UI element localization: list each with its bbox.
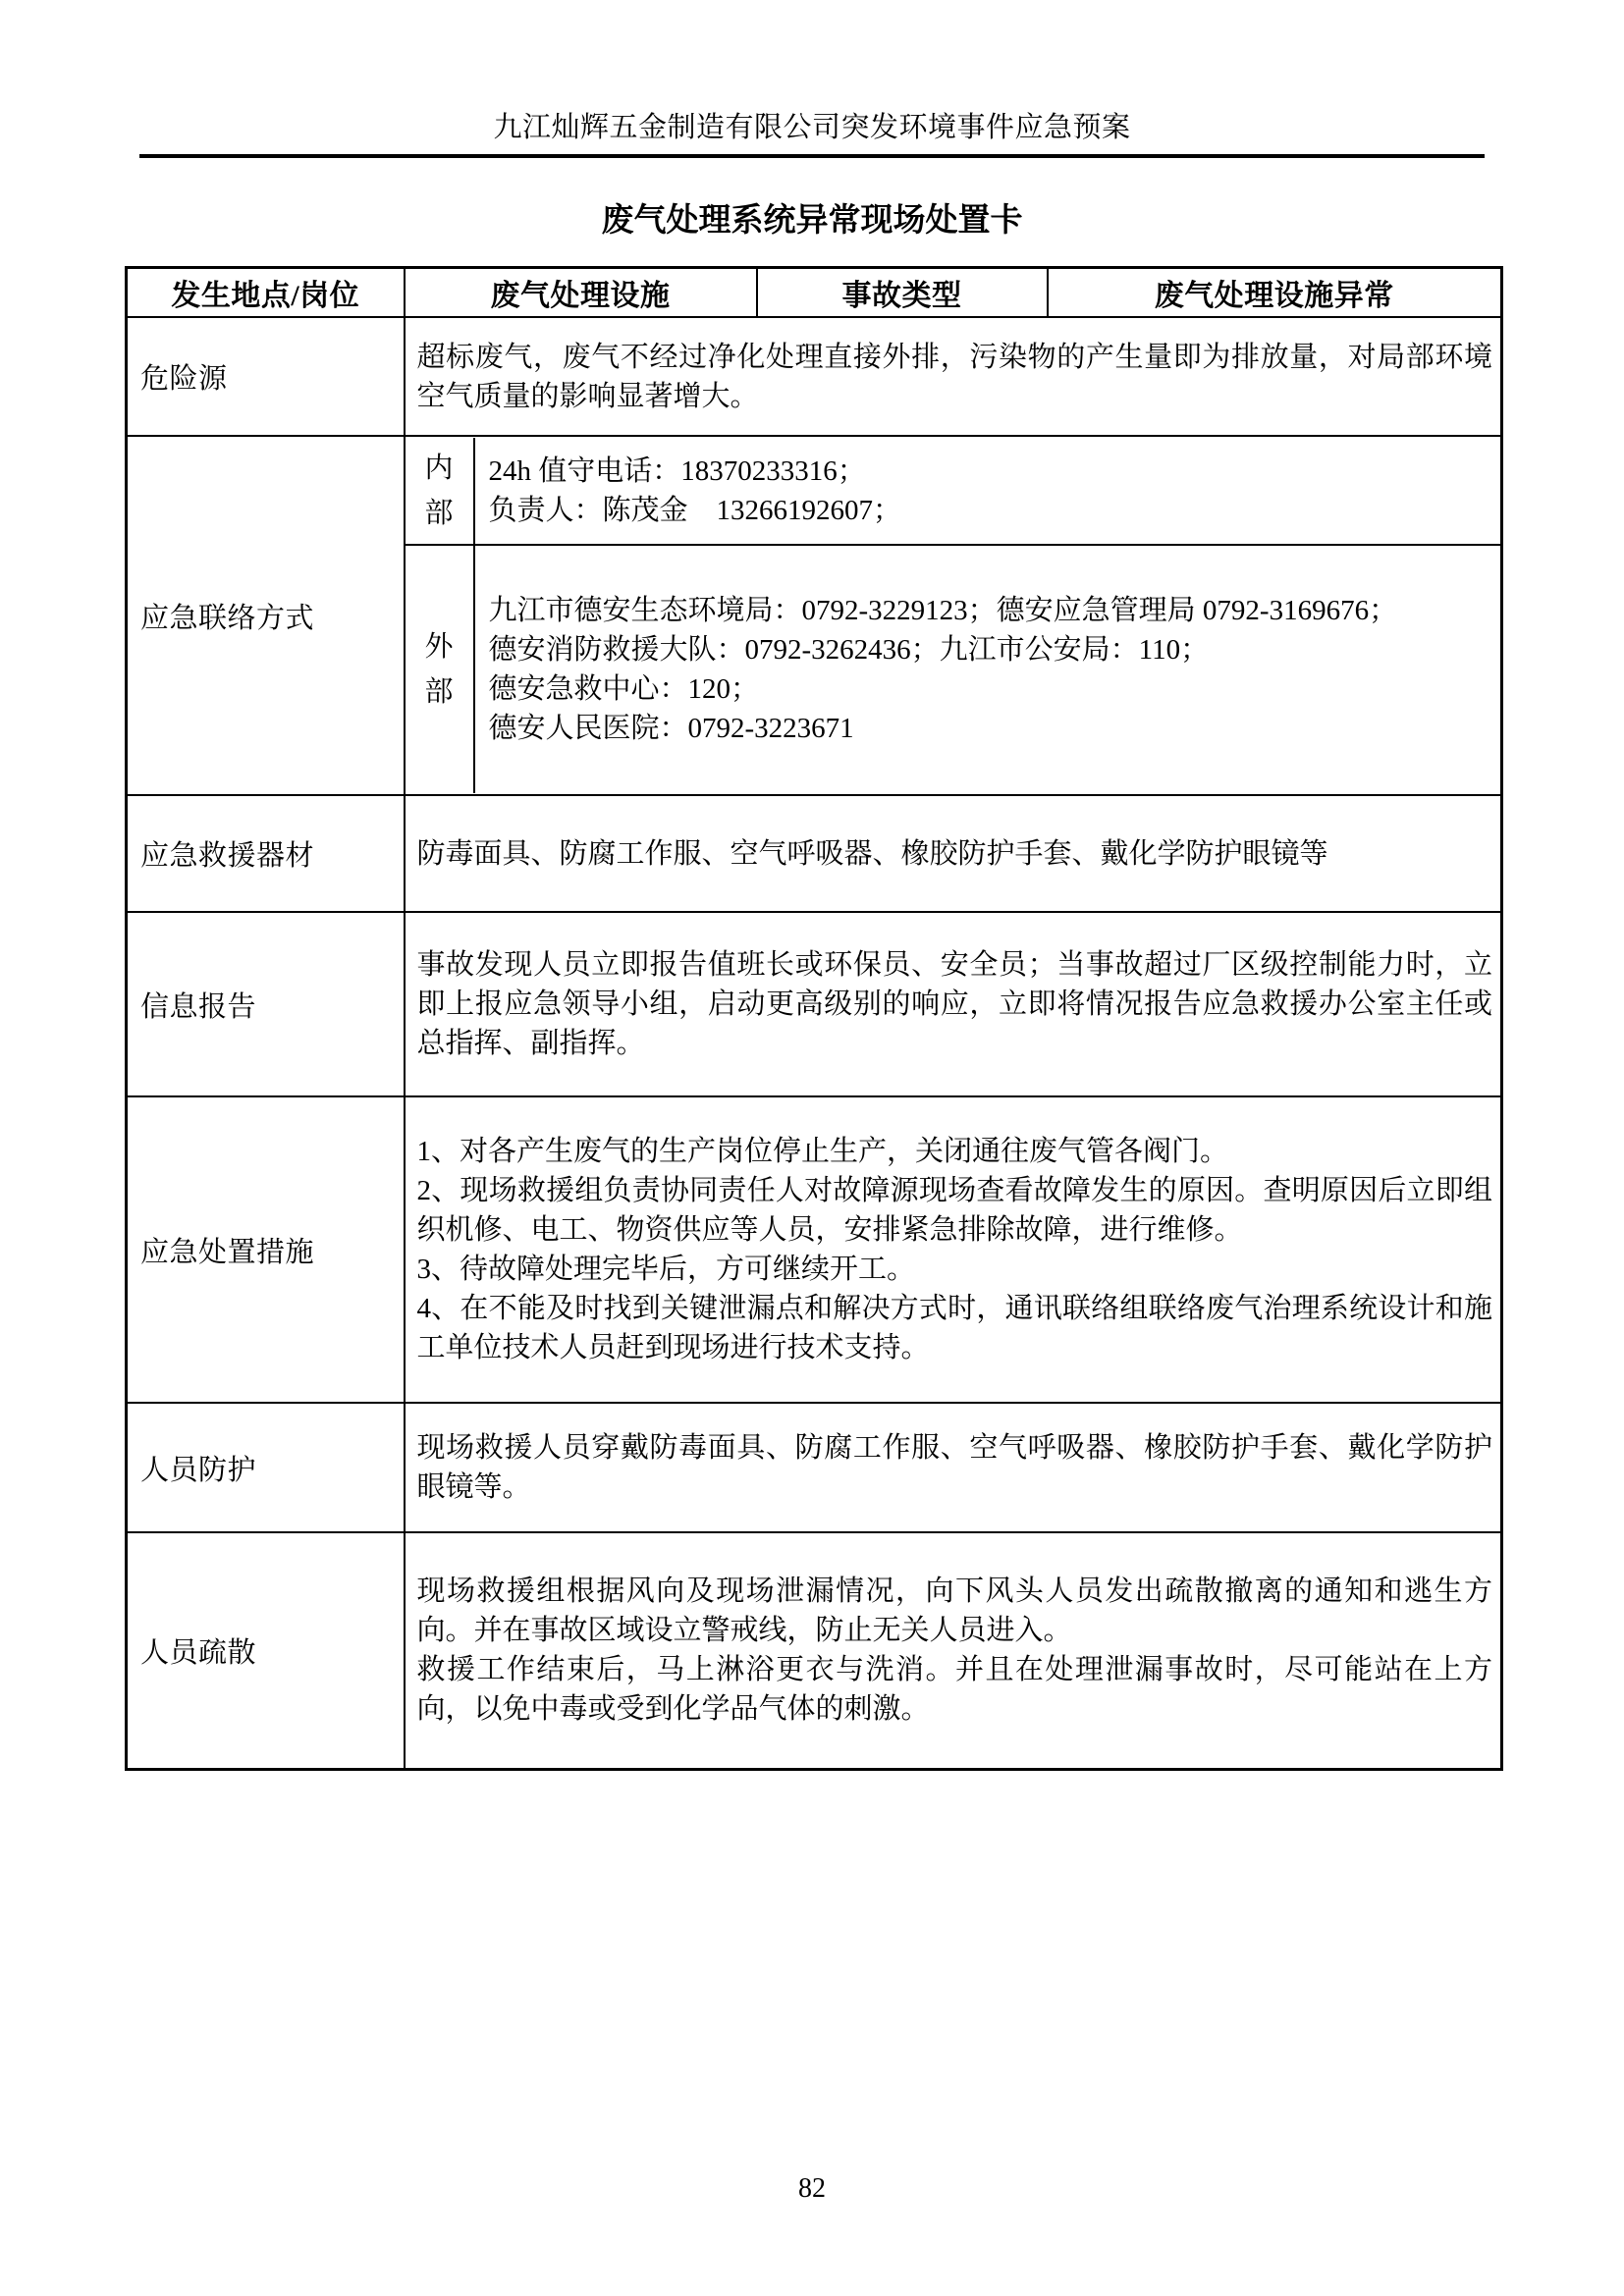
- table-row-protection: 人员防护 现场救援人员穿戴防毒面具、防腐工作服、空气呼吸器、橡胶防护手套、戴化学…: [127, 1403, 1502, 1532]
- contact-internal-label-cell: 内部: [406, 438, 475, 544]
- contact-external-row: 外部 九江市德安生态环境局：0792-3229123；德安应急管理局 0792-…: [406, 544, 1501, 793]
- evacuation-paragraph: 现场救援组根据风向及现场泄漏情况，向下风头人员发出疏散撤离的通知和逃生方向。并在…: [417, 1572, 1493, 1650]
- report-content: 事故发现人员立即报告值班长或环保员、安全员；当事故超过厂区级控制能力时，立即上报…: [405, 912, 1502, 1096]
- hazard-content: 超标废气，废气不经过净化处理直接外排，污染物的产生量即为排放量，对局部环境空气质…: [405, 317, 1502, 436]
- table-row-measures: 应急处置措施 1、对各产生废气的生产岗位停止生产，关闭通往废气管各阀门。 2、现…: [127, 1096, 1502, 1403]
- document-header-title: 九江灿辉五金制造有限公司突发环境事件应急预案: [0, 112, 1624, 143]
- report-label: 信息报告: [127, 912, 405, 1096]
- equipment-label: 应急救援器材: [127, 795, 405, 912]
- contact-external-line: 德安消防救援大队：0792-3262436；九江市公安局：110；: [489, 630, 1493, 669]
- page-title: 废气处理系统异常现场处置卡: [0, 202, 1624, 240]
- measures-label: 应急处置措施: [127, 1096, 405, 1403]
- page-number: 82: [0, 2173, 1624, 2205]
- hazard-label: 危险源: [127, 317, 405, 436]
- contact-external-line: 德安人民医院：0792-3223671: [489, 709, 1493, 748]
- contact-internal-label: 内部: [425, 446, 454, 536]
- equipment-content: 防毒面具、防腐工作服、空气呼吸器、橡胶防护手套、戴化学防护眼镜等: [405, 795, 1502, 912]
- contact-internal-lines: 24h 值守电话：18370233316； 负责人：陈茂金 1326619260…: [475, 438, 1501, 544]
- header-cell-accident-type-value: 废气处理设施异常: [1048, 268, 1502, 318]
- table-row-evacuation: 人员疏散 现场救援组根据风向及现场泄漏情况，向下风头人员发出疏散撤离的通知和逃生…: [127, 1532, 1502, 1769]
- contact-internal-line: 负责人：陈茂金 13266192607；: [489, 491, 1493, 530]
- table-row-contact: 应急联络方式 内部 24h 值守电话：18370233316； 负责人：陈茂金 …: [127, 436, 1502, 795]
- contact-content: 内部 24h 值守电话：18370233316； 负责人：陈茂金 1326619…: [405, 436, 1502, 795]
- evacuation-paragraph: 救援工作结束后，马上淋浴更衣与洗消。并且在处理泄漏事故时，尽可能站在上方向，以免…: [417, 1650, 1493, 1729]
- protection-text: 现场救援人员穿戴防毒面具、防腐工作服、空气呼吸器、橡胶防护手套、戴化学防护眼镜等…: [417, 1428, 1493, 1507]
- contact-external-label-cell: 外部: [406, 546, 475, 793]
- header-cell-accident-type-label: 事故类型: [757, 268, 1048, 318]
- contact-label: 应急联络方式: [127, 436, 405, 795]
- document-page: { "document": { "header": "九江灿辉五金制造有限公司突…: [0, 0, 1624, 2296]
- contact-external-line: 德安急救中心：120；: [489, 669, 1493, 709]
- measures-item: 2、现场救援组负责协同责任人对故障源现场查看故障发生的原因。查明原因后立即组织机…: [417, 1171, 1493, 1250]
- measures-item: 1、对各产生废气的生产岗位停止生产，关闭通往废气管各阀门。: [417, 1132, 1493, 1171]
- evacuation-label: 人员疏散: [127, 1532, 405, 1769]
- evacuation-content: 现场救援组根据风向及现场泄漏情况，向下风头人员发出疏散撤离的通知和逃生方向。并在…: [405, 1532, 1502, 1769]
- table-row-equipment: 应急救援器材 防毒面具、防腐工作服、空气呼吸器、橡胶防护手套、戴化学防护眼镜等: [127, 795, 1502, 912]
- header-divider-rule: [139, 154, 1485, 158]
- report-text: 事故发现人员立即报告值班长或环保员、安全员；当事故超过厂区级控制能力时，立即上报…: [417, 945, 1493, 1063]
- measures-item: 4、在不能及时找到关键泄漏点和解决方式时，通讯联络组联络废气治理系统设计和施工单…: [417, 1289, 1493, 1367]
- contact-external-lines: 九江市德安生态环境局：0792-3229123；德安应急管理局 0792-316…: [475, 546, 1501, 793]
- protection-label: 人员防护: [127, 1403, 405, 1532]
- contact-internal-line: 24h 值守电话：18370233316；: [489, 452, 1493, 491]
- table-header-row: 发生地点/岗位 废气处理设施 事故类型 废气处理设施异常: [127, 268, 1502, 318]
- disposal-card-table: 发生地点/岗位 废气处理设施 事故类型 废气处理设施异常 危险源 超标废气，废气…: [125, 266, 1503, 1771]
- header-cell-facility: 废气处理设施: [405, 268, 757, 318]
- measures-item: 3、待故障处理完毕后，方可继续开工。: [417, 1250, 1493, 1289]
- equipment-text: 防毒面具、防腐工作服、空气呼吸器、橡胶防护手套、戴化学防护眼镜等: [417, 834, 1493, 874]
- measures-content: 1、对各产生废气的生产岗位停止生产，关闭通往废气管各阀门。 2、现场救援组负责协…: [405, 1096, 1502, 1403]
- table-row-report: 信息报告 事故发现人员立即报告值班长或环保员、安全员；当事故超过厂区级控制能力时…: [127, 912, 1502, 1096]
- contact-external-line: 九江市德安生态环境局：0792-3229123；德安应急管理局 0792-316…: [489, 591, 1493, 630]
- hazard-text: 超标废气，废气不经过净化处理直接外排，污染物的产生量即为排放量，对局部环境空气质…: [417, 338, 1493, 416]
- header-cell-location: 发生地点/岗位: [127, 268, 405, 318]
- contact-external-label: 外部: [425, 624, 454, 715]
- table-row-hazard: 危险源 超标废气，废气不经过净化处理直接外排，污染物的产生量即为排放量，对局部环…: [127, 317, 1502, 436]
- protection-content: 现场救援人员穿戴防毒面具、防腐工作服、空气呼吸器、橡胶防护手套、戴化学防护眼镜等…: [405, 1403, 1502, 1532]
- contact-internal-row: 内部 24h 值守电话：18370233316； 负责人：陈茂金 1326619…: [406, 438, 1501, 544]
